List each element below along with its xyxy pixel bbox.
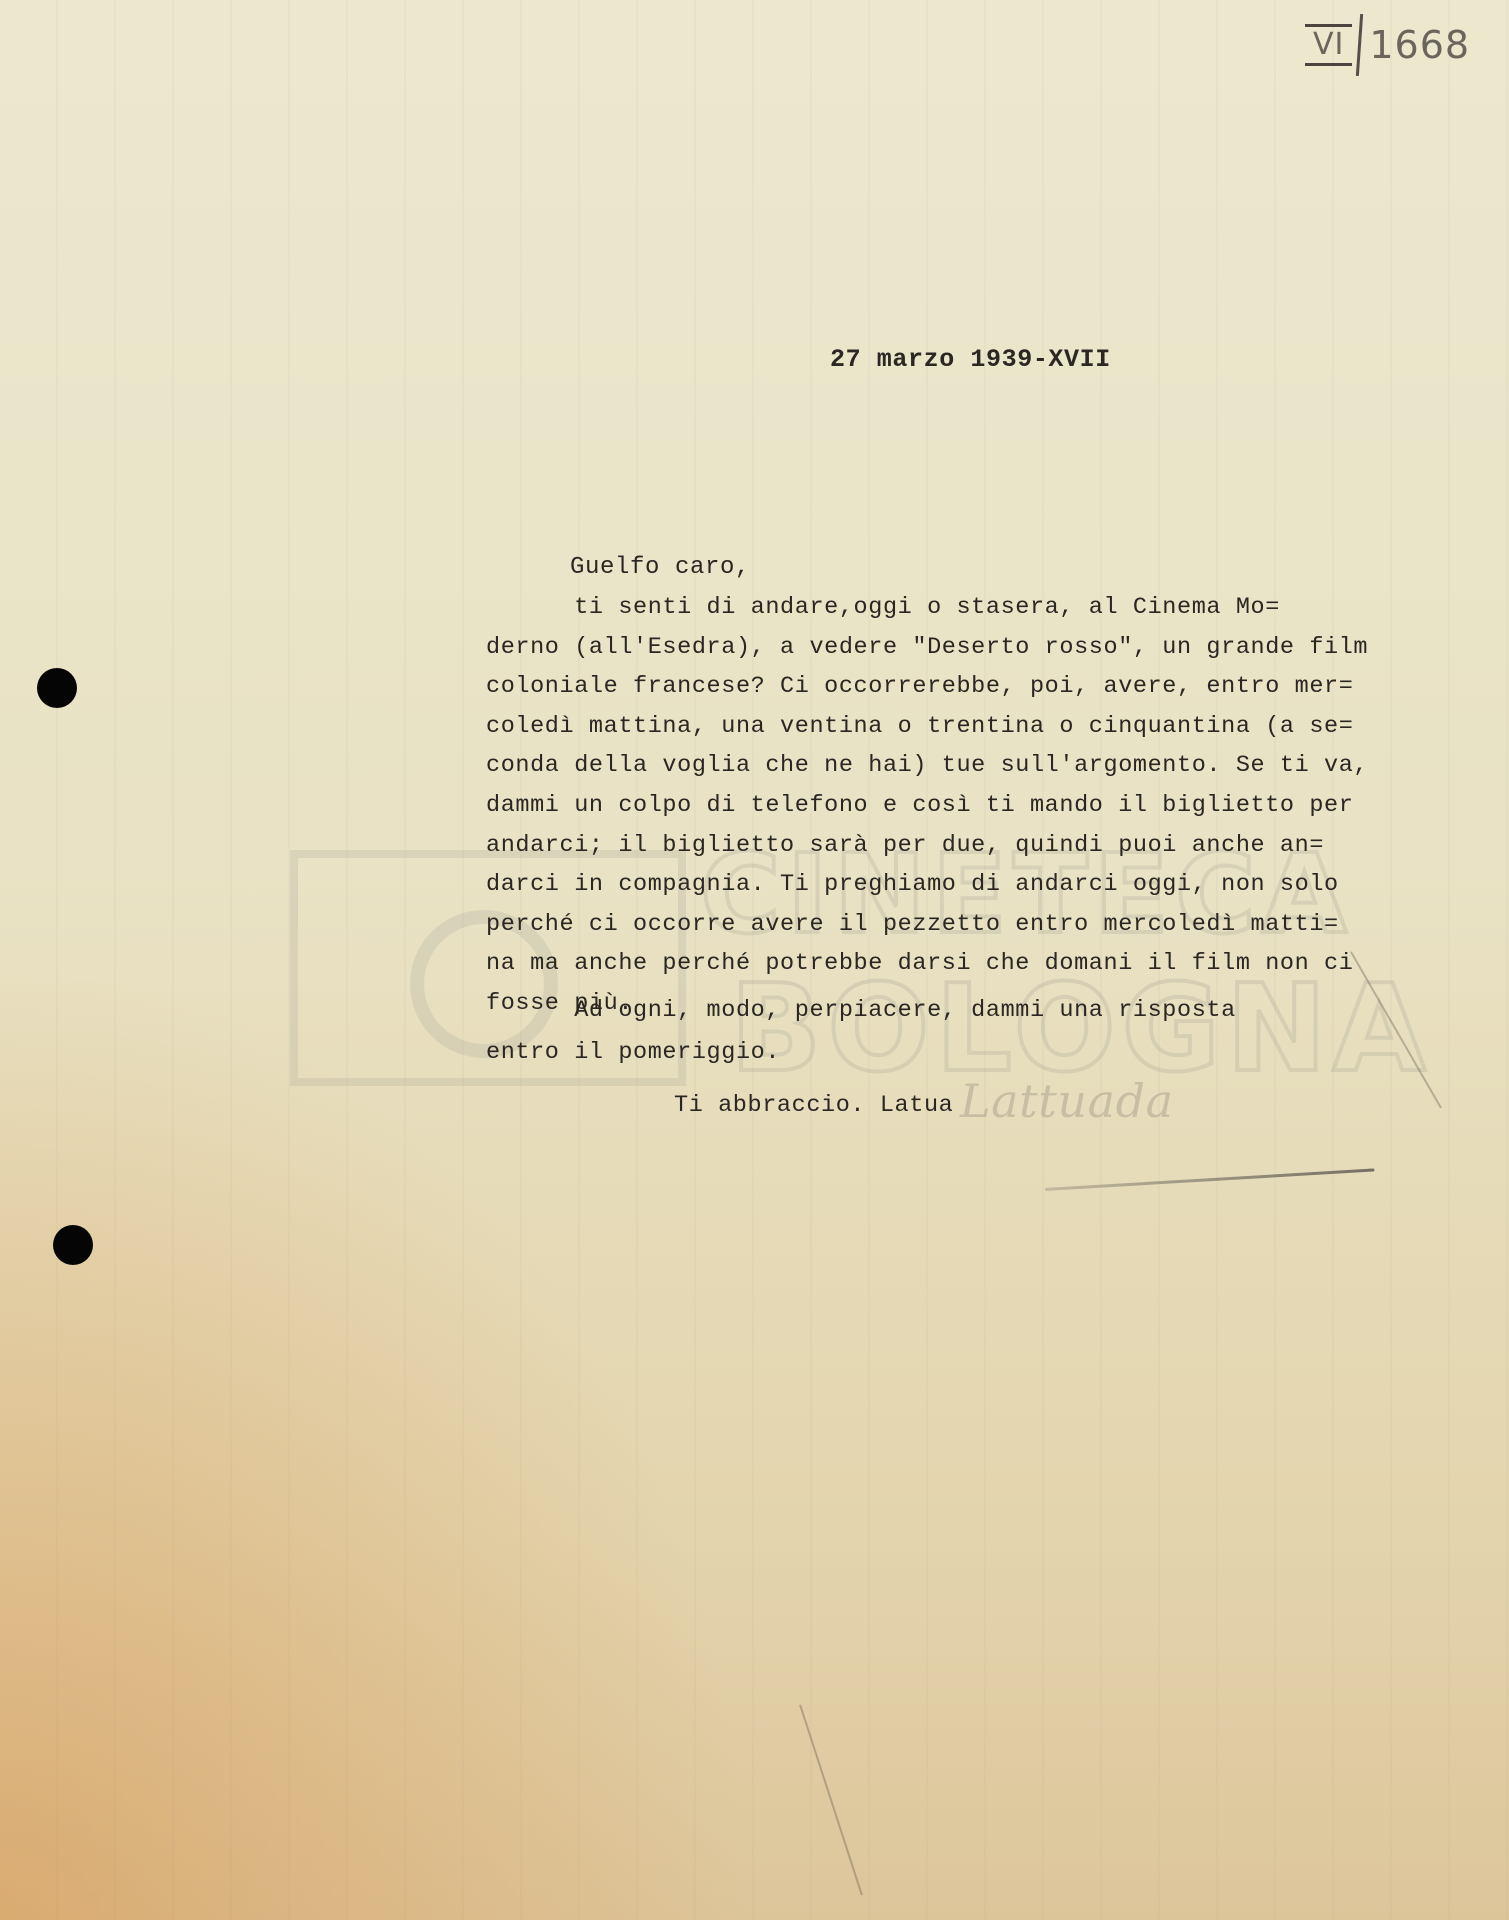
- text-line: derno (all'Esedra), a vedere "Deserto ro…: [486, 628, 1406, 668]
- text-line: conda della voglia che ne hai) tue sull'…: [486, 746, 1406, 786]
- archive-roman-numeral: VI: [1305, 24, 1352, 66]
- paper-crease: [799, 1705, 862, 1896]
- pencil-mark: [1045, 1168, 1375, 1191]
- punch-hole-icon: [53, 1225, 93, 1265]
- archive-divider: [1356, 14, 1363, 76]
- text-line: coledì mattina, una ventina o trentina o…: [486, 707, 1406, 747]
- text-line: na ma anche perché potrebbe darsi che do…: [486, 944, 1406, 984]
- letter-date: 27 marzo 1939-XVII: [830, 340, 1111, 380]
- text-line: coloniale francese? Ci occorrerebbe, poi…: [486, 667, 1406, 707]
- text-line: darci in compagnia. Ti preghiamo di anda…: [486, 865, 1406, 905]
- archive-number: VI 1668: [1305, 14, 1470, 76]
- handwritten-signature: Lattuada: [960, 1082, 1174, 1122]
- letter-body: ti senti di andare,oggi o stasera, al Ci…: [486, 588, 1406, 1024]
- text-line: ti senti di andare,oggi o stasera, al Ci…: [486, 588, 1406, 628]
- text-line: dammi un colpo di telefono e così ti man…: [486, 786, 1406, 826]
- archive-catalog-number: 1668: [1369, 23, 1470, 67]
- letter-signoff: Ti abbraccio. Latua: [674, 1086, 953, 1126]
- text-line: perché ci occorre avere il pezzetto entr…: [486, 905, 1406, 945]
- letter-closing: Ad ogni, modo, perpiacere, dammi una ris…: [486, 990, 1236, 1074]
- letter-salutation: Guelfo caro,: [570, 548, 750, 588]
- text-line: entro il pomeriggio.: [486, 1032, 1236, 1074]
- punch-hole-icon: [37, 668, 77, 708]
- text-line: andarci; il biglietto sarà per due, quin…: [486, 826, 1406, 866]
- text-line: Ad ogni, modo, perpiacere, dammi una ris…: [486, 990, 1236, 1032]
